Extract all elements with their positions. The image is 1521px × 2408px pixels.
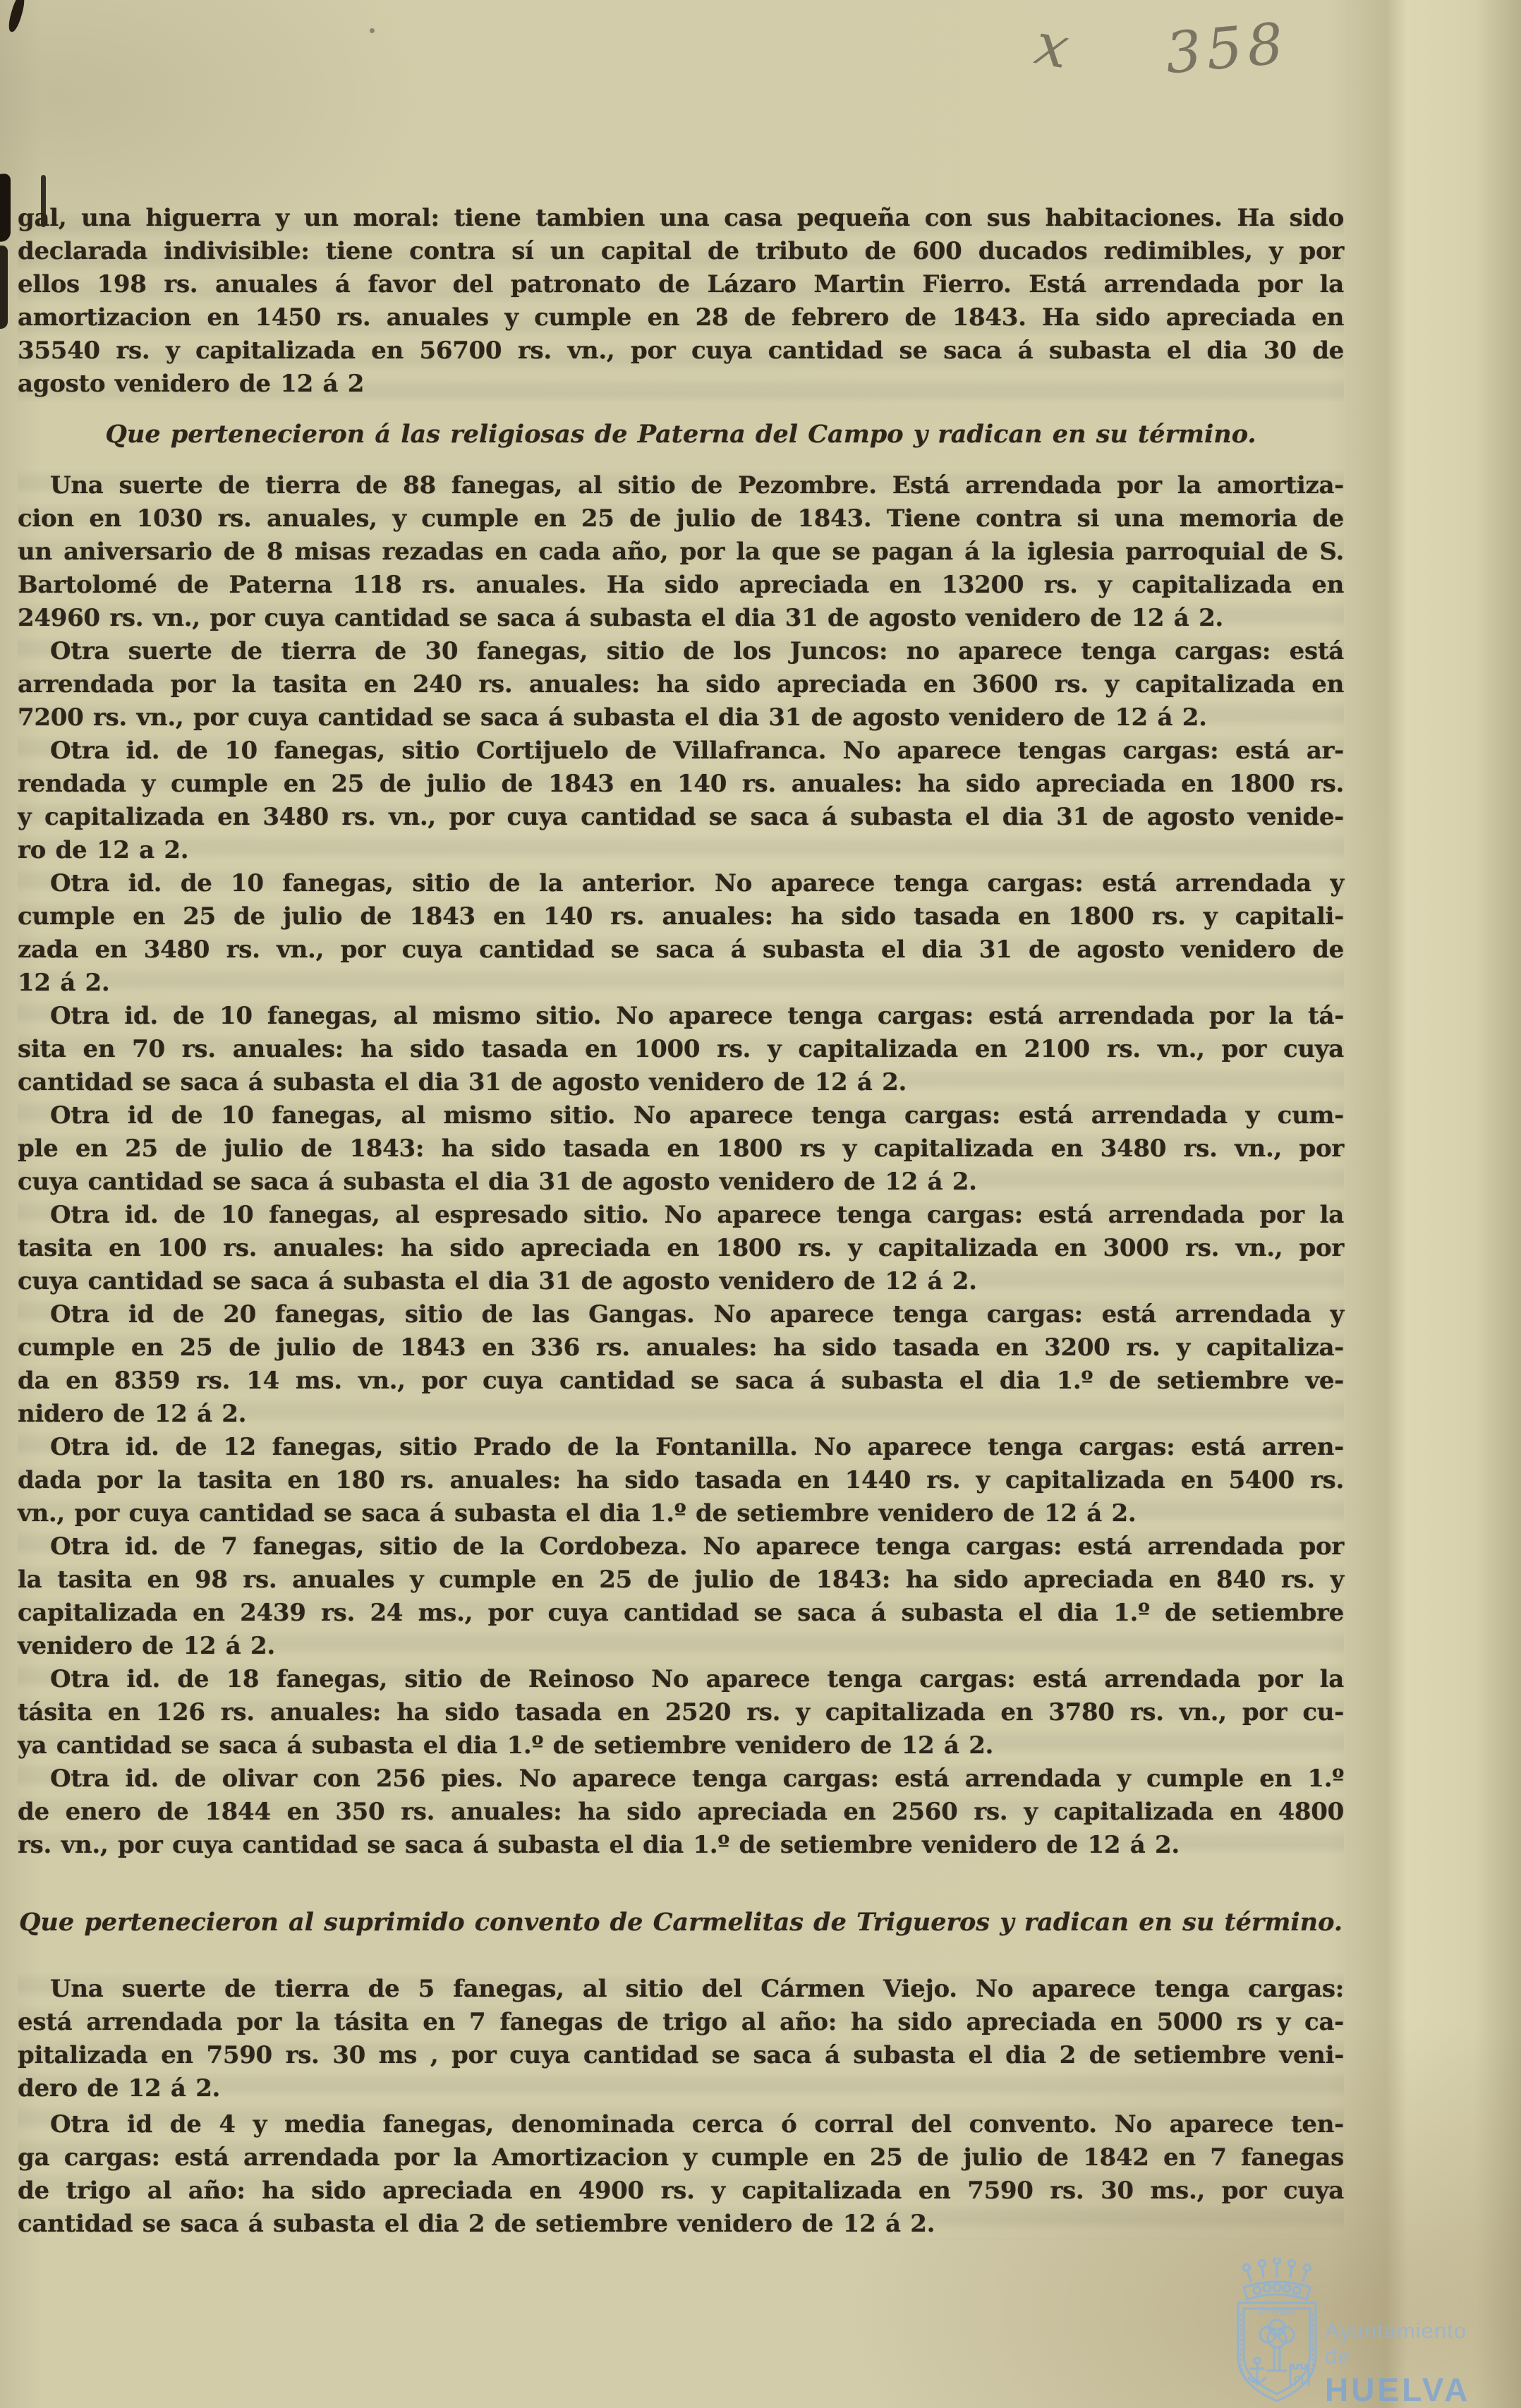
text-line: Una suerte de tierra de 88 fanegas, al s… — [18, 469, 1344, 502]
text-line: cumple en 25 de julio de 1843 en 140 rs.… — [18, 900, 1344, 933]
text-line: está arrendada por la tásita en 7 fanega… — [18, 2006, 1344, 2039]
paragraph: Otra id de 4 y media fanegas, denominada… — [18, 2108, 1344, 2241]
text-line: ellos 198 rs. anuales á favor del patron… — [18, 268, 1344, 301]
text-line: arrendada por la tasita en 240 rs. anual… — [18, 668, 1344, 701]
text-line: rendada y cumple en 25 de julio de 1843 … — [18, 768, 1344, 801]
text-line: amortizacion en 1450 rs. anuales y cumpl… — [18, 301, 1344, 334]
text-line: 12 á 2. — [18, 967, 1344, 1000]
text-line: Que pertenecieron á las religiosas de Pa… — [18, 418, 1344, 451]
document-scan: x 358 gal, una higuerra y un moral: tien… — [0, 0, 1521, 2408]
text-line: agosto venidero de 12 á 2 — [18, 368, 1344, 401]
document-text: gal, una higuerra y un moral: tiene tamb… — [18, 202, 1344, 2241]
text-line: ple en 25 de julio de 1843: ha sido tasa… — [18, 1132, 1344, 1166]
text-line: un aniversario de 8 misas rezadas en cad… — [18, 536, 1344, 569]
ink-blot — [6, 0, 27, 33]
text-line: de trigo al año: ha sido apreciada en 49… — [18, 2174, 1344, 2208]
text-line: Otra id. de 10 fanegas, al espresado sit… — [18, 1199, 1344, 1232]
ink-blot — [0, 246, 8, 329]
text-line: cantidad se saca á subasta el dia 31 de … — [18, 1066, 1344, 1099]
text-line: declarada indivisible: tiene contra sí u… — [18, 235, 1344, 268]
text-line: venidero de 12 á 2. — [18, 1630, 1344, 1663]
text-line: Otra id. de 18 fanegas, sitio de Reinoso… — [18, 1663, 1344, 1696]
paragraph: Otra id. de olivar con 256 pies. No apar… — [18, 1762, 1344, 1862]
svg-text:UT TERRA: UT TERRA — [1258, 2309, 1297, 2318]
text-line: Otra id. de 10 fanegas, al mismo sitio. … — [18, 1000, 1344, 1033]
text-line: Otra id. de 7 fanegas, sitio de la Cordo… — [18, 1530, 1344, 1563]
text-line: Otra id. de 10 fanegas, sitio de la ante… — [18, 867, 1344, 900]
watermark-org-name: Ayuntamiento de — [1325, 2318, 1470, 2369]
text-line: Otra id. de 10 fanegas, sitio Cortijuelo… — [18, 734, 1344, 768]
paragraph: Otra id. de 18 fanegas, sitio de Reinoso… — [18, 1663, 1344, 1762]
paragraph: Otra suerte de tierra de 30 fanegas, sit… — [18, 635, 1344, 734]
text-line: Otra id de 10 fanegas, al mismo sitio. N… — [18, 1099, 1344, 1132]
text-line: 7200 rs. vn., por cuya cantidad se saca … — [18, 701, 1344, 734]
paper-speck — [370, 28, 375, 33]
paragraph: Otra id. de 10 fanegas, sitio Cortijuelo… — [18, 734, 1344, 867]
text-line: Una suerte de tierra de 5 fanegas, al si… — [18, 1973, 1344, 2006]
text-line: Bartolomé de Paterna 118 rs. anuales. Ha… — [18, 569, 1344, 602]
huelva-coat-of-arms-icon: UT TERRA — [1224, 2258, 1330, 2406]
text-line: Otra id de 4 y media fanegas, denominada… — [18, 2108, 1344, 2141]
page-number-annotation: 358 — [1163, 11, 1290, 87]
text-line: de enero de 1844 en 350 rs. anuales: ha … — [18, 1796, 1344, 1829]
section-heading: Que pertenecieron á las religiosas de Pa… — [18, 418, 1344, 451]
paragraph: Otra id de 10 fanegas, al mismo sitio. N… — [18, 1099, 1344, 1199]
text-line: ga cargas: está arrendada por la Amortiz… — [18, 2141, 1344, 2174]
text-line: 35540 rs. y capitalizada en 56700 rs. vn… — [18, 334, 1344, 368]
text-line: rs. vn., por cuya cantidad se saca á sub… — [18, 1829, 1344, 1862]
pencil-check-mark: x — [1030, 11, 1074, 83]
text-line: ro de 12 a 2. — [18, 834, 1344, 867]
text-line: Otra id. de 12 fanegas, sitio Prado de l… — [18, 1431, 1344, 1464]
paragraph: Otra id. de 10 fanegas, al espresado sit… — [18, 1199, 1344, 1298]
text-line: gal, una higuerra y un moral: tiene tamb… — [18, 202, 1344, 235]
paragraph: Otra id. de 10 fanegas, al mismo sitio. … — [18, 1000, 1344, 1099]
text-line: tasita en 100 rs. anuales: ha sido aprec… — [18, 1232, 1344, 1265]
text-line: sita en 70 rs. anuales: ha sido tasada e… — [18, 1033, 1344, 1066]
text-line: capitalizada en 2439 rs. 24 ms., por cuy… — [18, 1597, 1344, 1630]
text-line: cumple en 25 de julio de 1843 en 336 rs.… — [18, 1331, 1344, 1365]
paragraph: Otra id. de 7 fanegas, sitio de la Cordo… — [18, 1530, 1344, 1663]
text-line: dero de 12 á 2. — [18, 2072, 1344, 2105]
text-line: Otra id. de olivar con 256 pies. No apar… — [18, 1762, 1344, 1796]
text-line: zada en 3480 rs. vn., por cuya cantidad … — [18, 933, 1344, 967]
text-line: y capitalizada en 3480 rs. vn., por cuya… — [18, 801, 1344, 834]
text-line: nidero de 12 á 2. — [18, 1398, 1344, 1431]
paragraph: Otra id de 20 fanegas, sitio de las Gang… — [18, 1298, 1344, 1431]
text-line: Otra suerte de tierra de 30 fanegas, sit… — [18, 635, 1344, 668]
text-line: dada por la tasita en 180 rs. anuales: h… — [18, 1464, 1344, 1497]
paragraph: Otra id. de 12 fanegas, sitio Prado de l… — [18, 1431, 1344, 1530]
text-line: cuya cantidad se saca á subasta el dia 3… — [18, 1265, 1344, 1298]
paragraph: gal, una higuerra y un moral: tiene tamb… — [18, 202, 1344, 401]
ink-blot — [0, 173, 11, 242]
text-line: Otra id de 20 fanegas, sitio de las Gang… — [18, 1298, 1344, 1331]
section-heading: Que pertenecieron al suprimido convento … — [18, 1906, 1344, 1939]
watermark-city-name: HUELVA — [1325, 2371, 1470, 2408]
text-line: Que pertenecieron al suprimido convento … — [18, 1906, 1344, 1939]
text-line: la tasita en 98 rs. anuales y cumple en … — [18, 1563, 1344, 1597]
text-line: tásita en 126 rs. anuales: ha sido tasad… — [18, 1696, 1344, 1729]
text-line: cantidad se saca á subasta el dia 2 de s… — [18, 2208, 1344, 2241]
paragraph: Otra id. de 10 fanegas, sitio de la ante… — [18, 867, 1344, 1000]
paragraph: Una suerte de tierra de 88 fanegas, al s… — [18, 469, 1344, 635]
text-line: cuya cantidad se saca á subasta el dia 3… — [18, 1166, 1344, 1199]
text-line: da en 8359 rs. 14 ms. vn., por cuya cant… — [18, 1365, 1344, 1398]
text-line: vn., por cuya cantidad se saca á subasta… — [18, 1497, 1344, 1530]
text-line: 24960 rs. vn., por cuya cantidad se saca… — [18, 602, 1344, 635]
text-line: cion en 1030 rs. anuales, y cumple en 25… — [18, 502, 1344, 536]
paragraph: Una suerte de tierra de 5 fanegas, al si… — [18, 1973, 1344, 2105]
text-line: ya cantidad se saca á subasta el dia 1.º… — [18, 1729, 1344, 1762]
text-line: pitalizada en 7590 rs. 30 ms , por cuya … — [18, 2039, 1344, 2072]
